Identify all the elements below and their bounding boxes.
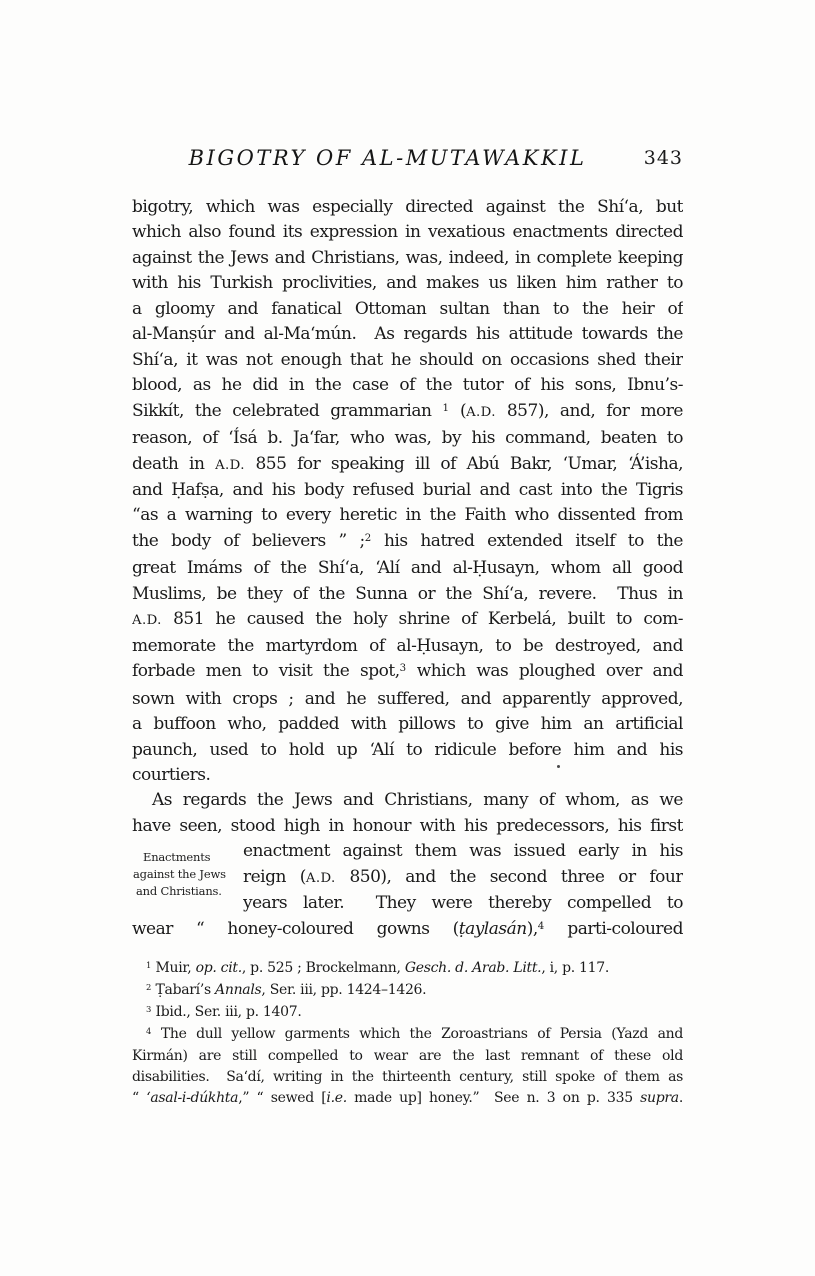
running-header-title: BIGOTRY OF AL-MUTAWAKKIL: [132, 146, 643, 170]
running-head: BIGOTRY OF AL-MUTAWAKKIL 343: [132, 146, 683, 172]
footnote-line: “ ‘asal-i-dúkhta,” “ sewed [i.e. made up…: [132, 1088, 683, 1109]
body-line: which also found its expression in vexat…: [132, 220, 683, 245]
footnote-line: 3 Ibid., Ser. iii, p. 1407.: [132, 1002, 683, 1024]
footnote-line: 1 Muir, op. cit., p. 525 ; Brockelmann, …: [132, 958, 683, 980]
body-line: paunch, used to hold up ‘Alí to ridicule…: [132, 738, 683, 763]
body-line: a gloomy and fanatical Ottoman sultan th…: [132, 297, 683, 322]
body-line: with his Turkish proclivities, and makes…: [132, 271, 683, 296]
ink-speck: [557, 765, 560, 768]
body-line: reign (A.D. 850), and the second three o…: [243, 865, 683, 891]
body-line: have seen, stood high in honour with his…: [132, 814, 683, 839]
body-line: great Imáms of the Shí‘a, ‘Alí and al-Ḥu…: [132, 556, 683, 581]
body-line: wear “ honey-coloured gowns (ṭaylasán),4…: [132, 917, 683, 944]
body-line: Shí‘a, it was not enough that he should …: [132, 348, 683, 373]
footnote-line: Kirmán) are still compelled to wear are …: [132, 1046, 683, 1067]
margin-note: Enactmentsagainst the Jewsand Christians…: [133, 849, 237, 901]
margin-note-line: and Christians.: [133, 883, 237, 900]
body-line: bigotry, which was especially directed a…: [132, 195, 683, 220]
body-line: courtiers.: [132, 763, 683, 788]
footnote-line: 4 The dull yellow garments which the Zor…: [132, 1024, 683, 1046]
body-line: years later. They were thereby compelled…: [243, 891, 683, 916]
body-line: reason, of ‘Ísá b. Ja‘far, who was, by h…: [132, 426, 683, 451]
body-line: forbade men to visit the spot,3 which wa…: [132, 659, 683, 686]
margin-note-line: against the Jews: [133, 866, 237, 883]
body-line: against the Jews and Christians, was, in…: [132, 246, 683, 271]
body-line: Muslims, be they of the Sunna or the Shí…: [132, 582, 683, 607]
page-number: 343: [644, 147, 683, 169]
body-line: sown with crops ; and he suffered, and a…: [132, 687, 683, 712]
footnote-line: 2 Ṭabarí’s Annals, Ser. iii, pp. 1424–14…: [132, 980, 683, 1002]
body-line: the body of believers ” ;2 his hatred ex…: [132, 529, 683, 556]
body-line: Sikkít, the celebrated grammarian 1 (A.D…: [132, 399, 683, 426]
body-line: A.D. 851 he caused the holy shrine of Ke…: [132, 607, 683, 633]
footnote-line: disabilities. Sa‘dí, writing in the thir…: [132, 1067, 683, 1088]
body-line: a buffoon who, padded with pillows to gi…: [132, 712, 683, 737]
body-line: memorate the martyrdom of al-Ḥusayn, to …: [132, 634, 683, 659]
body-line: blood, as he did in the case of the tuto…: [132, 373, 683, 398]
body-line: “as a warning to every heretic in the Fa…: [132, 503, 683, 528]
body-line: and Ḥafṣa, and his body refused burial a…: [132, 478, 683, 503]
book-page: BIGOTRY OF AL-MUTAWAKKIL 343 bigotry, wh…: [0, 0, 815, 1276]
footnotes: 1 Muir, op. cit., p. 525 ; Brockelmann, …: [132, 958, 683, 1109]
body-text: bigotry, which was especially directed a…: [132, 195, 683, 944]
margin-note-line: Enactments: [133, 849, 237, 866]
body-line: death in A.D. 855 for speaking ill of Ab…: [132, 452, 683, 478]
body-line: al-Manṣúr and al-Ma‘mún. As regards his …: [132, 322, 683, 347]
body-line: As regards the Jews and Christians, many…: [132, 788, 683, 813]
body-line: enactment against them was issued early …: [243, 839, 683, 864]
